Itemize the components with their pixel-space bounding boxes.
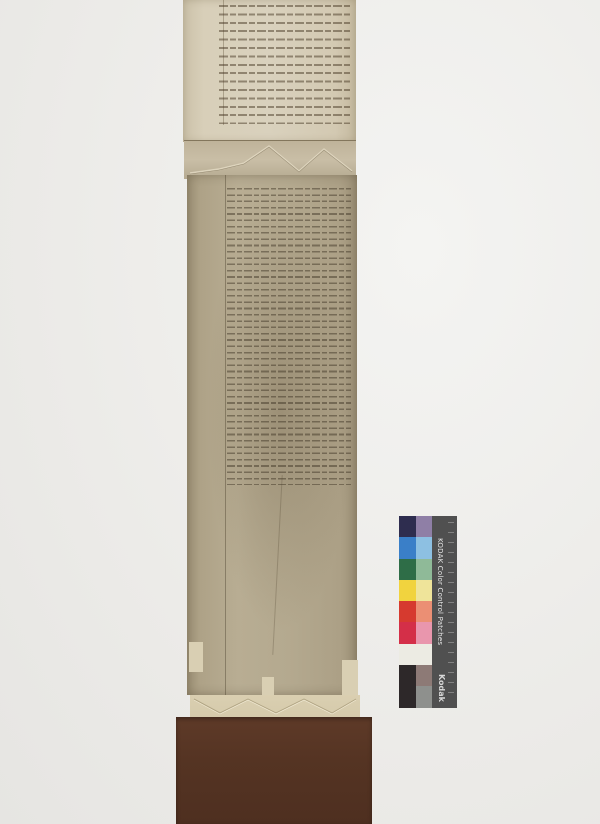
kodak-color-target: KODAK Color Control Patches Kodak xyxy=(399,516,457,708)
color-patch-salmon xyxy=(416,601,432,622)
manuscript-text-block xyxy=(227,185,351,485)
scale-ticks xyxy=(448,522,454,702)
color-patch-yellow xyxy=(399,580,416,601)
color-patch-taupe xyxy=(416,665,432,686)
lower-join-stitching xyxy=(190,695,360,717)
parchment-roll xyxy=(0,0,600,824)
parchment-repair xyxy=(262,677,274,697)
color-patch-light-green xyxy=(416,559,432,580)
main-membrane xyxy=(187,175,357,695)
color-patch-white xyxy=(399,644,432,665)
zigzag-stitch-icon xyxy=(190,695,360,717)
fold-crease xyxy=(272,475,282,655)
color-patch-blue xyxy=(399,537,416,558)
kodak-label-strip: KODAK Color Control Patches Kodak xyxy=(432,516,457,708)
color-patch-light-blue xyxy=(416,537,432,558)
kodak-logo: Kodak xyxy=(437,674,446,702)
cloth-backing xyxy=(176,717,372,824)
manuscript-text-block xyxy=(219,2,350,124)
color-patch-pink xyxy=(416,622,432,643)
parchment-repair xyxy=(342,660,358,697)
color-patch-crimson xyxy=(399,622,416,643)
membrane-join-stitching xyxy=(184,140,356,179)
color-patch-lavender xyxy=(416,516,432,537)
color-patch-green xyxy=(399,559,416,580)
zigzag-stitch-icon xyxy=(184,141,356,179)
color-patch-red xyxy=(399,601,416,622)
margin-ruling xyxy=(225,175,226,695)
color-target-title: KODAK Color Control Patches xyxy=(436,538,444,645)
color-patch-dark-blue xyxy=(399,516,416,537)
color-patches xyxy=(399,516,432,708)
color-patch-gray xyxy=(416,686,432,707)
color-patch-pale-yellow xyxy=(416,580,432,601)
color-patch-black xyxy=(399,665,416,686)
color-patch-black-2 xyxy=(399,686,416,707)
parchment-repair xyxy=(189,642,203,672)
upper-membrane xyxy=(183,0,356,142)
